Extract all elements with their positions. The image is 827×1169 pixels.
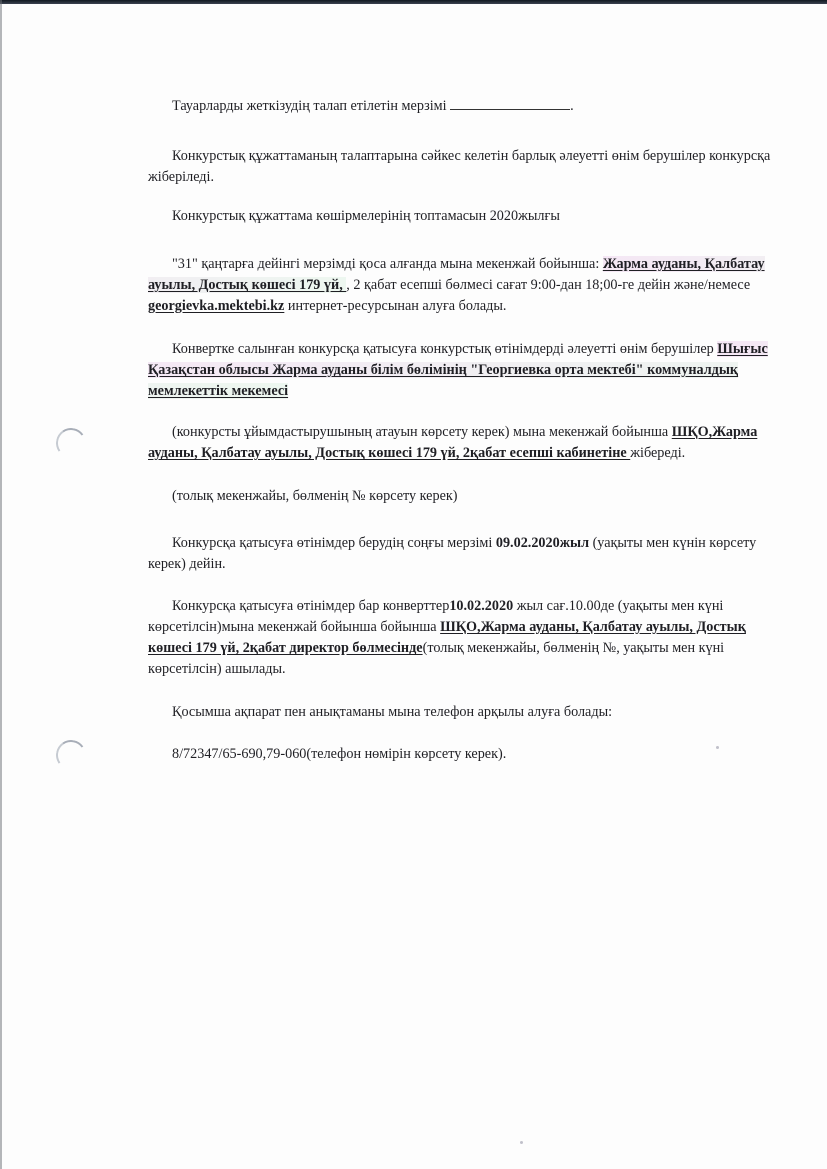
blank-line [450, 97, 570, 110]
paragraph-final-deadline: Конкурсқа қатысуға өтінімдер берудің соң… [148, 533, 774, 575]
punch-hole-mark [54, 426, 89, 461]
emphasized-text: 10.02.2020 [449, 598, 513, 614]
paragraph-delivery-deadline: Тауарларды жеткізудің талап етілетін мер… [148, 96, 774, 117]
scan-speck [520, 1141, 523, 1144]
paragraph-envelope-submit: Конвертке салынған конкурсқа қатысуға ко… [148, 339, 774, 402]
punch-hole-mark [54, 738, 89, 773]
paragraph-organizer-address: (конкурсты ұйымдастырушының атауын көрсе… [148, 422, 774, 464]
paragraph-opening: Конкурсқа қатысуға өтінімдер бар конверт… [148, 596, 774, 680]
paragraph-admission: Конкурстық құжаттаманың талаптарына сәйк… [148, 146, 774, 188]
body-text: Конвертке салынған конкурсқа қатысуға ко… [172, 341, 717, 357]
body-text: (толық мекенжайы, бөлменің № көрсету кер… [172, 488, 458, 504]
body-text: , 2 қабат есепші бөлмесі сағат 9:00-дан … [346, 277, 750, 293]
body-text: жібереді. [630, 445, 685, 461]
paragraph-info: Қосымша ақпарат пен анықтаманы мына теле… [148, 702, 774, 723]
body-text: Конкурстық құжаттаманың талаптарына сәйк… [148, 148, 770, 185]
body-text: (конкурсты ұйымдастырушының атауын көрсе… [172, 424, 672, 440]
body-text: Конкурстық құжаттама көшірмелерінің топт… [172, 208, 560, 224]
body-text: Қосымша ақпарат пен анықтаманы мына теле… [172, 704, 612, 720]
body-text: интернет-ресурсынан алуға болады. [284, 298, 506, 314]
paragraph-phone: 8/72347/65-690,79-060(телефон нөмірін кө… [148, 744, 774, 765]
emphasized-text: georgievka.mektebi.kz [148, 298, 284, 314]
body-text: Тауарларды жеткізудің талап етілетін мер… [172, 98, 450, 114]
paragraph-copies-set: Конкурстық құжаттама көшірмелерінің топт… [148, 206, 774, 227]
body-text: Конкурсқа қатысуға өтінімдер бар конверт… [172, 598, 449, 614]
body-text: 8/72347/65-690,79-060(телефон нөмірін кө… [172, 746, 506, 762]
body-text: "31" қаңтарға дейінгі мерзімді қоса алға… [172, 256, 603, 272]
paragraph-full-address-note: (толық мекенжайы, бөлменің № көрсету кер… [148, 486, 774, 507]
body-text: Конкурсқа қатысуға өтінімдер берудің соң… [172, 535, 496, 551]
scan-left-edge [0, 0, 2, 1169]
emphasized-text: 09.02.2020жыл [496, 535, 589, 551]
body-text: . [570, 98, 574, 114]
paragraph-obtain-address: "31" қаңтарға дейінгі мерзімді қоса алға… [148, 254, 774, 317]
scan-top-edge [0, 0, 827, 4]
